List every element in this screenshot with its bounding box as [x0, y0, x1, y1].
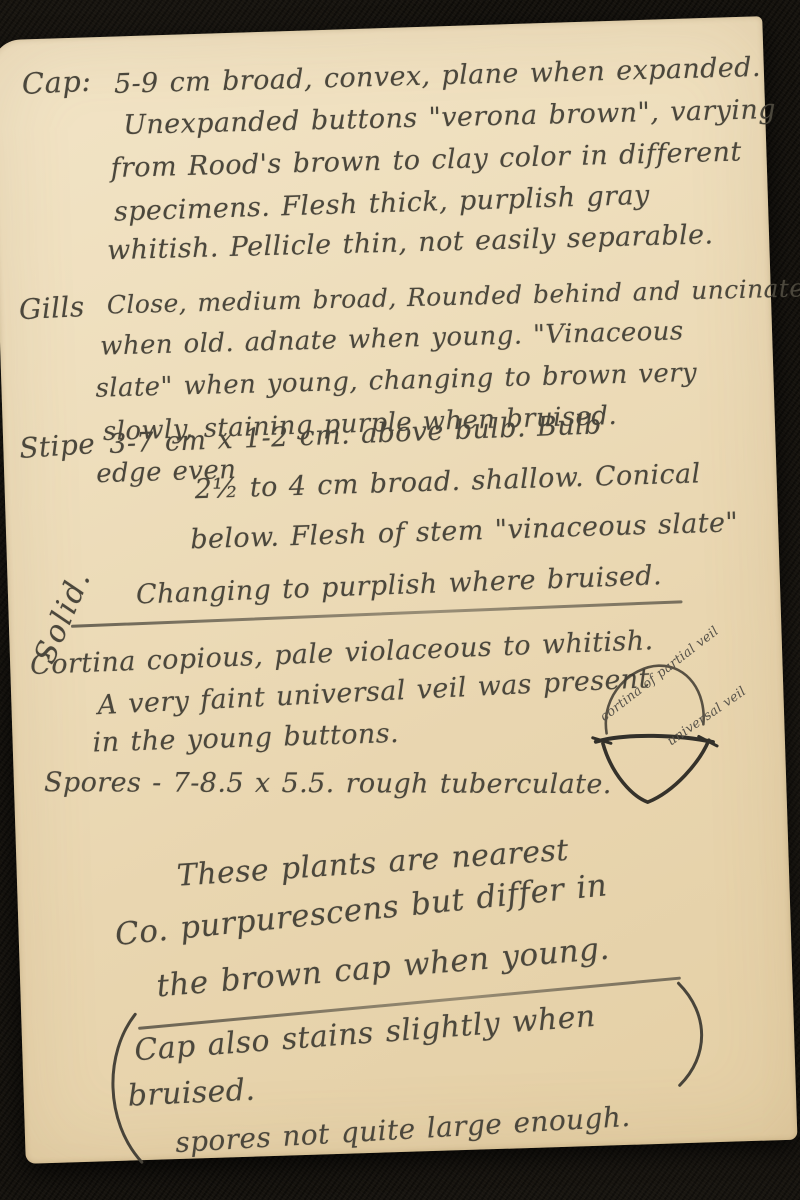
- handwritten-line: 5-9 cm broad, convex, plane when expande…: [114, 54, 762, 98]
- handwritten-line: when old. adnate when young. "Vinaceous: [100, 318, 684, 359]
- right-parenthesis-mark: [668, 978, 717, 1089]
- note-card: Cap: 5-9 cm broad, convex, plane when ex…: [0, 16, 797, 1164]
- gills-section-label: Gills: [18, 293, 85, 324]
- left-parenthesis-mark: [95, 1008, 152, 1170]
- handwritten-line: slate" when young, changing to brown ver…: [95, 360, 697, 402]
- handwritten-line: whitish. Pellicle thin, not easily separ…: [107, 221, 714, 264]
- stipe-section-label: Stipe: [18, 430, 96, 463]
- spores-line: Spores - 7-8.5 x 5.5. rough tuberculate.: [44, 769, 612, 798]
- handwritten-line-underlined: Changing to purplish where bruised.: [136, 562, 663, 608]
- handwritten-line: Unexpanded buttons "verona brown", varyi…: [123, 96, 776, 139]
- handwritten-line: Cap also stains slightly when: [133, 1002, 596, 1067]
- handwritten-line: spores not quite large enough.: [175, 1103, 632, 1157]
- cap-section-label: Cap:: [21, 67, 92, 99]
- handwritten-line: 2½ to 4 cm broad. shallow. Conical: [194, 460, 701, 503]
- handwritten-line: Close, medium broad, Rounded behind and …: [107, 275, 800, 317]
- handwritten-line: in the young buttons.: [92, 720, 399, 757]
- handwritten-line: below. Flesh of stem "vinaceous slate": [190, 509, 739, 553]
- handwritten-line: specimens. Flesh thick, purplish gray: [114, 182, 650, 226]
- handwritten-line: from Rood's brown to clay color in diffe…: [110, 139, 742, 183]
